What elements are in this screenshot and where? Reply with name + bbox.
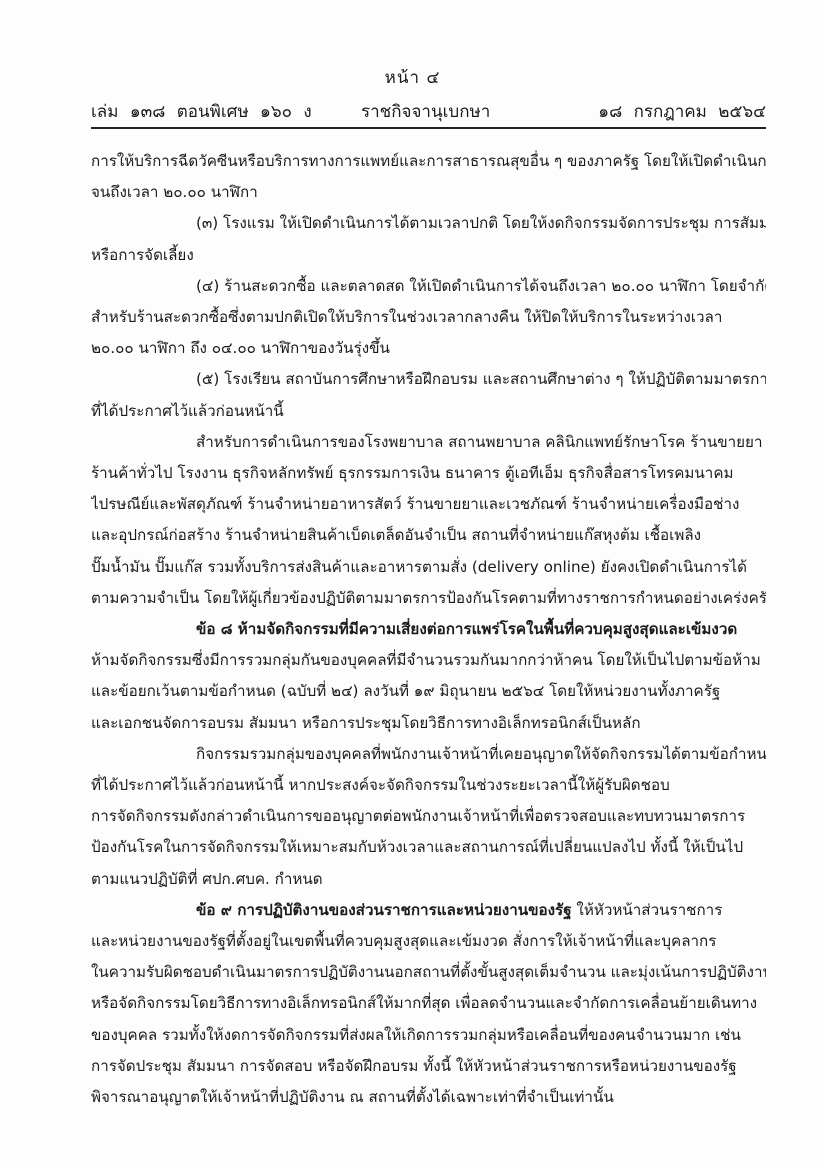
body-line: หรือจัดกิจกรรมโดยวิธีการทางอิเล็กทรอนิกส… bbox=[91, 988, 766, 1019]
body-line: ปั๊มน้ำมัน ปั๊มแก๊ส รวมทั้งบริการส่งสินค… bbox=[91, 552, 766, 583]
volume-issue: เล่ม ๑๓๘ ตอนพิเศษ ๑๖๐ ง bbox=[91, 98, 361, 125]
body-line: และเอกชนจัดการอบรม สัมมนา หรือการประชุมโ… bbox=[91, 708, 766, 739]
body-line-paragraph: สำหรับการดำเนินการของโรงพยาบาล สถานพยาบา… bbox=[91, 427, 766, 458]
body-line-item-3: (๓) โรงแรม ให้เปิดดำเนินการได้ตามเวลาปกต… bbox=[91, 208, 766, 239]
clause-9-heading: ข้อ ๙ การปฏิบัติงานของส่วนราชการและหน่วย… bbox=[196, 901, 572, 919]
document-page: หน้า ๔ เล่ม ๑๓๘ ตอนพิเศษ ๑๖๐ ง ราชกิจจาน… bbox=[0, 0, 825, 1169]
document-body: การให้บริการฉีดวัคซีนหรือบริการทางการแพท… bbox=[91, 146, 766, 1113]
clause-8-heading: ข้อ ๘ ห้ามจัดกิจกรรมที่มีความเสี่ยงต่อกา… bbox=[91, 614, 766, 645]
body-line: ของบุคคล รวมทั้งให้งดการจัดกิจกรรมที่ส่ง… bbox=[91, 1020, 766, 1051]
body-line: พิจารณาอนุญาตให้เจ้าหน้าที่ปฏิบัติงาน ณ … bbox=[91, 1082, 766, 1113]
body-line: ที่ได้ประกาศไว้แล้วก่อนหน้านี้ bbox=[91, 396, 766, 427]
body-line: ไปรษณีย์และพัสดุภัณฑ์ ร้านจำหน่ายอาหารสั… bbox=[91, 489, 766, 520]
page-number: หน้า ๔ bbox=[0, 64, 825, 91]
body-line: ๒๐.๐๐ นาฬิกา ถึง ๐๔.๐๐ นาฬิกาของวันรุ่งข… bbox=[91, 333, 766, 364]
header-divider bbox=[91, 127, 766, 129]
body-line-item-4: (๔) ร้านสะดวกซื้อ และตลาดสด ให้เปิดดำเนิ… bbox=[91, 271, 766, 302]
body-line: และหน่วยงานของรัฐที่ตั้งอยู่ในเขตพื้นที่… bbox=[91, 926, 766, 957]
body-line-paragraph: กิจกรรมรวมกลุ่มของบุคคลที่พนักงานเจ้าหน้… bbox=[91, 739, 766, 770]
publication-date: ๑๘ กรกฎาคม ๒๕๖๔ bbox=[551, 98, 766, 125]
body-line: ตามแนวปฏิบัติที่ ศปก.ศบค. กำหนด bbox=[91, 864, 766, 895]
body-line: การจัดประชุม สัมมนา การจัดสอบ หรือจัดฝึก… bbox=[91, 1051, 766, 1082]
clause-9-text: ให้หัวหน้าส่วนราชการ bbox=[576, 901, 722, 919]
body-line: สำหรับร้านสะดวกซื้อซึ่งตามปกติเปิดให้บริ… bbox=[91, 302, 766, 333]
body-line: ตามความจำเป็น โดยให้ผู้เกี่ยวข้องปฏิบัติ… bbox=[91, 583, 766, 614]
body-line: การให้บริการฉีดวัคซีนหรือบริการทางการแพท… bbox=[91, 146, 766, 177]
body-line: ร้านค้าทั่วไป โรงงาน ธุรกิจหลักทรัพย์ ธุ… bbox=[91, 458, 766, 489]
body-line: ป้องกันโรคในการจัดกิจกรรมให้เหมาะสมกับห้… bbox=[91, 832, 766, 863]
body-line: และอุปกรณ์ก่อสร้าง ร้านจำหน่ายสินค้าเบ็ด… bbox=[91, 520, 766, 551]
publication-title: ราชกิจจานุเบกษา bbox=[361, 98, 551, 125]
body-line: ห้ามจัดกิจกรรมซึ่งมีการรวมกลุ่มกันของบุค… bbox=[91, 645, 766, 676]
body-line: และข้อยกเว้นตามข้อกำหนด (ฉบับที่ ๒๔) ลงว… bbox=[91, 676, 766, 707]
body-line: หรือการจัดเลี้ยง bbox=[91, 240, 766, 271]
body-line: การจัดกิจกรรมดังกล่าวดำเนินการขออนุญาตต่… bbox=[91, 801, 766, 832]
body-line: ในความรับผิดชอบดำเนินมาตรการปฏิบัติงานนอ… bbox=[91, 957, 766, 988]
clause-9-line: ข้อ ๙ การปฏิบัติงานของส่วนราชการและหน่วย… bbox=[91, 895, 766, 926]
gazette-header: เล่ม ๑๓๘ ตอนพิเศษ ๑๖๐ ง ราชกิจจานุเบกษา … bbox=[91, 98, 766, 124]
body-line-item-5: (๕) โรงเรียน สถาบันการศึกษาหรือฝึกอบรม แ… bbox=[91, 364, 766, 395]
body-line: จนถึงเวลา ๒๐.๐๐ นาฬิกา bbox=[91, 177, 766, 208]
body-line: ที่ได้ประกาศไว้แล้วก่อนหน้านี้ หากประสงค… bbox=[91, 770, 766, 801]
